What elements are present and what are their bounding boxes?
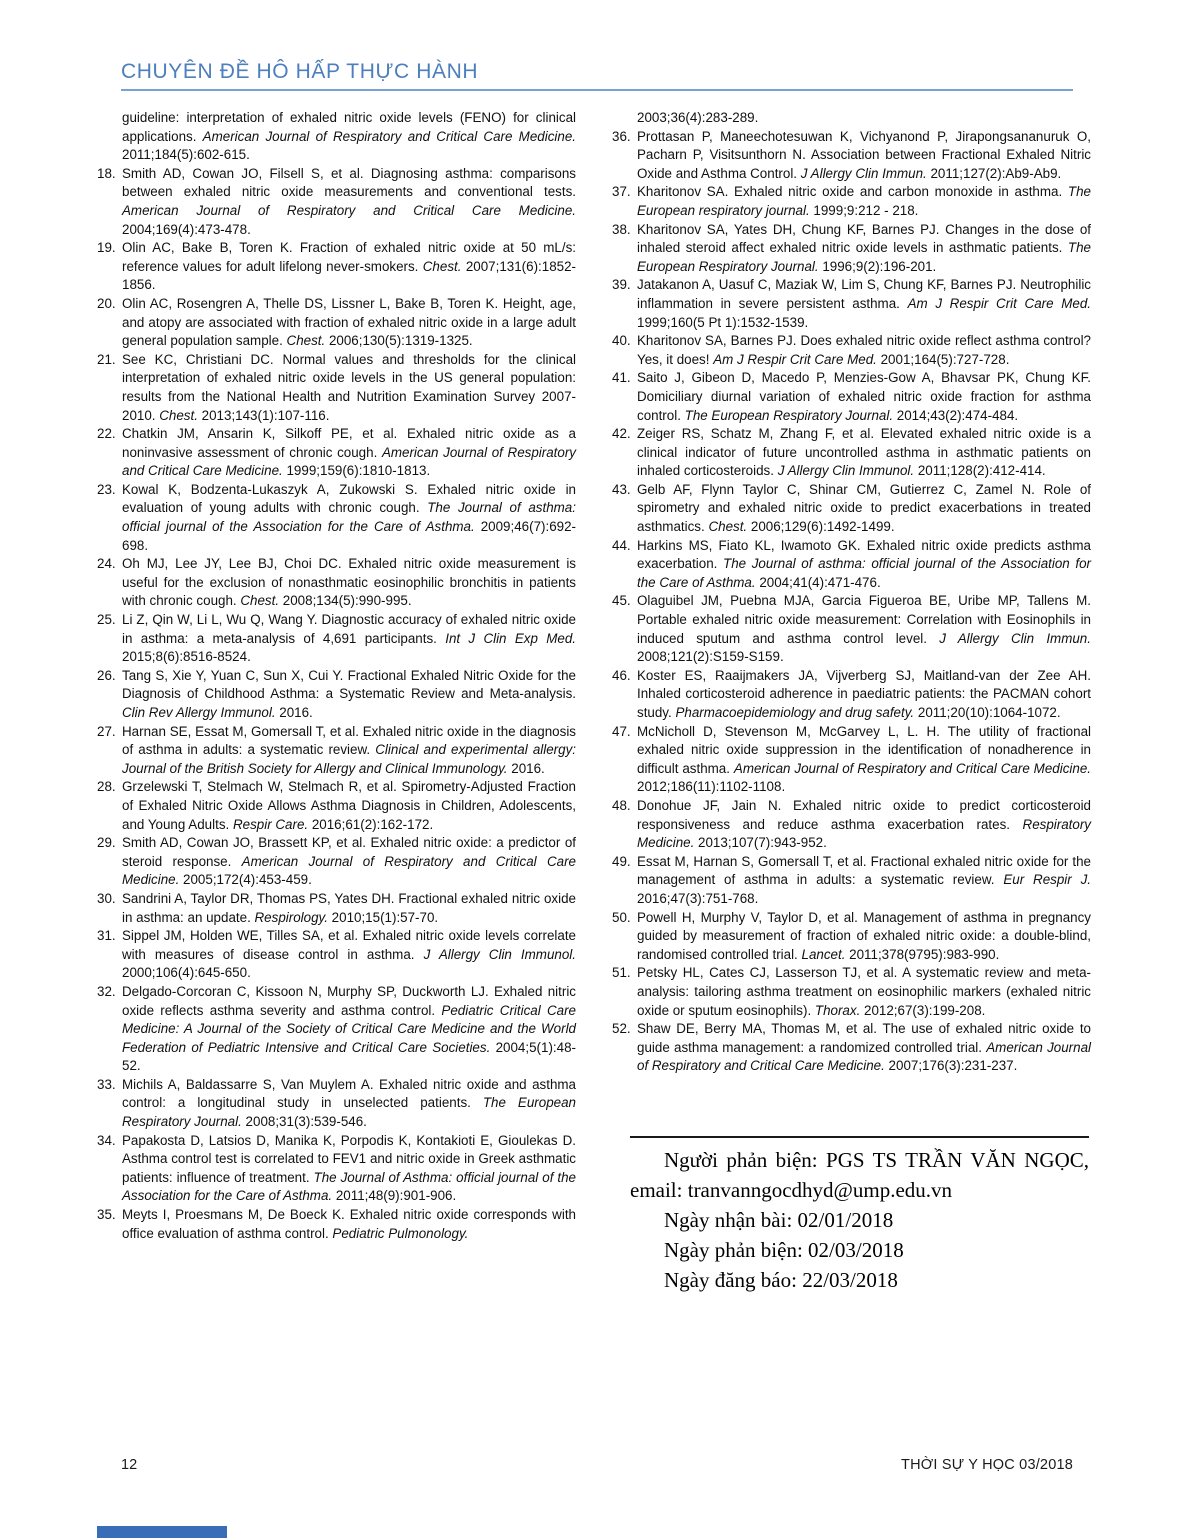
page-number: 12 — [121, 1457, 137, 1473]
journal-name: Pediatric Pulmonology. — [332, 1226, 468, 1241]
reference-item: 42.Zeiger RS, Schatz M, Zhang F, et al. … — [612, 425, 1091, 481]
reference-item: 25.Li Z, Qin W, Li L, Wu Q, Wang Y. Diag… — [97, 611, 576, 667]
reference-item: 45.Olaguibel JM, Puebna MJA, Garcia Figu… — [612, 592, 1091, 666]
reference-number: 49. — [612, 853, 631, 872]
journal-name: J Allergy Clin Immun. — [939, 631, 1091, 646]
footer-accent-bar — [97, 1526, 227, 1538]
journal-name: Am J Respir Crit Care Med. — [713, 352, 877, 367]
reference-number: 18. — [97, 165, 116, 184]
journal-name: American Journal of Respiratory and Crit… — [637, 1040, 1091, 1074]
reference-item: 47.McNicholl D, Stevenson M, McGarvey L,… — [612, 723, 1091, 797]
journal-name: Respir Care. — [233, 817, 308, 832]
journal-footer: THỜI SỰ Y HỌC 03/2018 — [901, 1457, 1073, 1473]
reference-number: 32. — [97, 983, 116, 1002]
reference-item: 52.Shaw DE, Berry MA, Thomas M, et al. T… — [612, 1020, 1091, 1076]
journal-name: American Journal of Respiratory and Crit… — [122, 203, 576, 218]
journal-name: Respiratory Medicine. — [637, 817, 1091, 851]
journal-page: CHUYÊN ĐỀ HÔ HẤP THỰC HÀNH guideline: in… — [0, 0, 1189, 1539]
reference-number: 23. — [97, 481, 116, 500]
reference-number: 33. — [97, 1076, 116, 1095]
reference-number: 21. — [97, 351, 116, 370]
reference-item: 30.Sandrini A, Taylor DR, Thomas PS, Yat… — [97, 890, 576, 927]
reference-item: 34.Papakosta D, Latsios D, Manika K, Por… — [97, 1132, 576, 1206]
reference-continuation: 2003;36(4):283-289. — [612, 109, 1091, 128]
reference-item: 33.Michils A, Baldassarre S, Van Muylem … — [97, 1076, 576, 1132]
reference-number: 35. — [97, 1206, 116, 1225]
journal-name: Respirology. — [255, 910, 328, 925]
reference-item: 28.Grzelewski T, Stelmach W, Stelmach R,… — [97, 778, 576, 834]
reference-number: 44. — [612, 537, 631, 556]
reference-item: 43.Gelb AF, Flynn Taylor C, Shinar CM, G… — [612, 481, 1091, 537]
reference-number: 30. — [97, 890, 116, 909]
reference-item: 39.Jatakanon A, Uasuf C, Maziak W, Lim S… — [612, 276, 1091, 332]
journal-name: Pharmacoepidemiology and drug safety. — [675, 705, 914, 720]
reference-number: 47. — [612, 723, 631, 742]
reference-continuation: guideline: interpretation of exhaled nit… — [97, 109, 576, 165]
journal-name: The European respiratory journal. — [637, 184, 1091, 218]
reference-number: 50. — [612, 909, 631, 928]
reference-number: 43. — [612, 481, 631, 500]
reference-item: 44.Harkins MS, Fiato KL, Iwamoto GK. Exh… — [612, 537, 1091, 593]
reference-item: 23.Kowal K, Bodzenta-Lukaszyk A, Zukowsk… — [97, 481, 576, 555]
references-right-column: 2003;36(4):283-289.36.Prottasan P, Manee… — [612, 109, 1091, 1076]
reference-item: 48.Donohue JF, Jain N. Exhaled nitric ox… — [612, 797, 1091, 853]
section-header: CHUYÊN ĐỀ HÔ HẤP THỰC HÀNH — [121, 60, 1073, 99]
reference-number: 46. — [612, 667, 631, 686]
reference-item: 46.Koster ES, Raaijmakers JA, Vijverberg… — [612, 667, 1091, 723]
reference-item: 29.Smith AD, Cowan JO, Brassett KP, et a… — [97, 834, 576, 890]
reference-item: 51.Petsky HL, Cates CJ, Lasserson TJ, et… — [612, 964, 1091, 1020]
journal-name: Int J Clin Exp Med. — [445, 631, 576, 646]
reference-number: 27. — [97, 723, 116, 742]
review-date-line: Ngày phản biện: 02/03/2018 — [630, 1235, 1089, 1265]
journal-name: J Allergy Clin Immunol. — [778, 463, 914, 478]
reference-item: 27.Harnan SE, Essat M, Gomersall T, et a… — [97, 723, 576, 779]
reference-item: 19.Olin AC, Bake B, Toren K. Fraction of… — [97, 239, 576, 295]
reference-number: 24. — [97, 555, 116, 574]
journal-name: American Journal of Respiratory and Crit… — [122, 854, 576, 888]
journal-name: Lancet. — [802, 947, 846, 962]
reference-number: 37. — [612, 183, 631, 202]
journal-name: Pediatric Critical Care Medicine: A Jour… — [122, 1003, 576, 1055]
reference-item: 22.Chatkin JM, Ansarin K, Silkoff PE, et… — [97, 425, 576, 481]
journal-name: J Allergy Clin Immun. — [801, 166, 927, 181]
reference-number: 22. — [97, 425, 116, 444]
journal-name: Clin Rev Allergy Immunol. — [122, 705, 276, 720]
section-title: CHUYÊN ĐỀ HÔ HẤP THỰC HÀNH — [121, 60, 1073, 84]
reference-number: 25. — [97, 611, 116, 630]
reference-number: 52. — [612, 1020, 631, 1039]
journal-name: Chest. — [159, 408, 198, 423]
journal-name: American Journal of Respiratory and Crit… — [203, 129, 576, 144]
journal-name: Clinical and experimental allergy: Journ… — [122, 742, 576, 776]
reference-item: 26.Tang S, Xie Y, Yuan C, Sun X, Cui Y. … — [97, 667, 576, 723]
journal-name: The Journal of asthma: official journal … — [122, 500, 576, 534]
reference-item: 36.Prottasan P, Maneechotesuwan K, Vichy… — [612, 128, 1091, 184]
journal-name: Chest. — [287, 333, 326, 348]
reference-item: 50.Powell H, Murphy V, Taylor D, et al. … — [612, 909, 1091, 965]
reference-item: 40.Kharitonov SA, Barnes PJ. Does exhale… — [612, 332, 1091, 369]
reference-item: 37.Kharitonov SA. Exhaled nitric oxide a… — [612, 183, 1091, 220]
received-date-line: Ngày nhận bài: 02/01/2018 — [630, 1205, 1089, 1235]
reference-number: 51. — [612, 964, 631, 983]
reference-number: 45. — [612, 592, 631, 611]
reference-item: 18.Smith AD, Cowan JO, Filsell S, et al.… — [97, 165, 576, 239]
journal-name: Eur Respir J. — [1003, 872, 1091, 887]
reference-item: 41.Saito J, Gibeon D, Macedo P, Menzies-… — [612, 369, 1091, 425]
reference-number: 20. — [97, 295, 116, 314]
journal-name: The Journal of asthma: official journal … — [637, 556, 1091, 590]
journal-name: Thorax. — [815, 1003, 860, 1018]
journal-name: The European Respiratory Journal. — [637, 240, 1091, 274]
header-rule — [121, 89, 1073, 91]
reference-number: 41. — [612, 369, 631, 388]
journal-name: American Journal of Respiratory and Crit… — [734, 761, 1091, 776]
reference-number: 48. — [612, 797, 631, 816]
journal-name: The European Respiratory Journal. — [122, 1095, 576, 1129]
journal-name: Am J Respir Crit Care Med. — [908, 296, 1091, 311]
reference-number: 38. — [612, 221, 631, 240]
reference-number: 26. — [97, 667, 116, 686]
reference-number: 34. — [97, 1132, 116, 1151]
journal-name: Chest. — [708, 519, 747, 534]
reference-item: 31.Sippel JM, Holden WE, Tilles SA, et a… — [97, 927, 576, 983]
reference-number: 19. — [97, 239, 116, 258]
reference-number: 42. — [612, 425, 631, 444]
reference-item: 38.Kharitonov SA, Yates DH, Chung KF, Ba… — [612, 221, 1091, 277]
reference-item: 35.Meyts I, Proesmans M, De Boeck K. Exh… — [97, 1206, 576, 1243]
reference-number: 40. — [612, 332, 631, 351]
journal-name: The Journal of Asthma: official journal … — [122, 1170, 576, 1204]
reference-number: 29. — [97, 834, 116, 853]
reference-item: 20.Olin AC, Rosengren A, Thelle DS, Liss… — [97, 295, 576, 351]
reference-number: 39. — [612, 276, 631, 295]
reviewer-line: Người phản biện: PGS TS TRẦN VĂN NGỌC, e… — [630, 1145, 1089, 1205]
publish-date-line: Ngày đăng báo: 22/03/2018 — [630, 1265, 1089, 1295]
reference-item: 21.See KC, Christiani DC. Normal values … — [97, 351, 576, 425]
reference-item: 24.Oh MJ, Lee JY, Lee BJ, Choi DC. Exhal… — [97, 555, 576, 611]
journal-name: American Journal of Respiratory and Crit… — [122, 445, 576, 479]
journal-name: Chest. — [240, 593, 279, 608]
journal-name: J Allergy Clin Immunol. — [424, 947, 576, 962]
reference-item: 32.Delgado-Corcoran C, Kissoon N, Murphy… — [97, 983, 576, 1076]
reference-number: 28. — [97, 778, 116, 797]
review-info-section: Người phản biện: PGS TS TRẦN VĂN NGỌC, e… — [630, 1136, 1089, 1295]
reference-number: 36. — [612, 128, 631, 147]
journal-name: The European Respiratory Journal. — [685, 408, 893, 423]
journal-name: Chest. — [423, 259, 462, 274]
reference-item: 49.Essat M, Harnan S, Gomersall T, et al… — [612, 853, 1091, 909]
reference-number: 31. — [97, 927, 116, 946]
references-left-column: guideline: interpretation of exhaled nit… — [97, 109, 576, 1243]
